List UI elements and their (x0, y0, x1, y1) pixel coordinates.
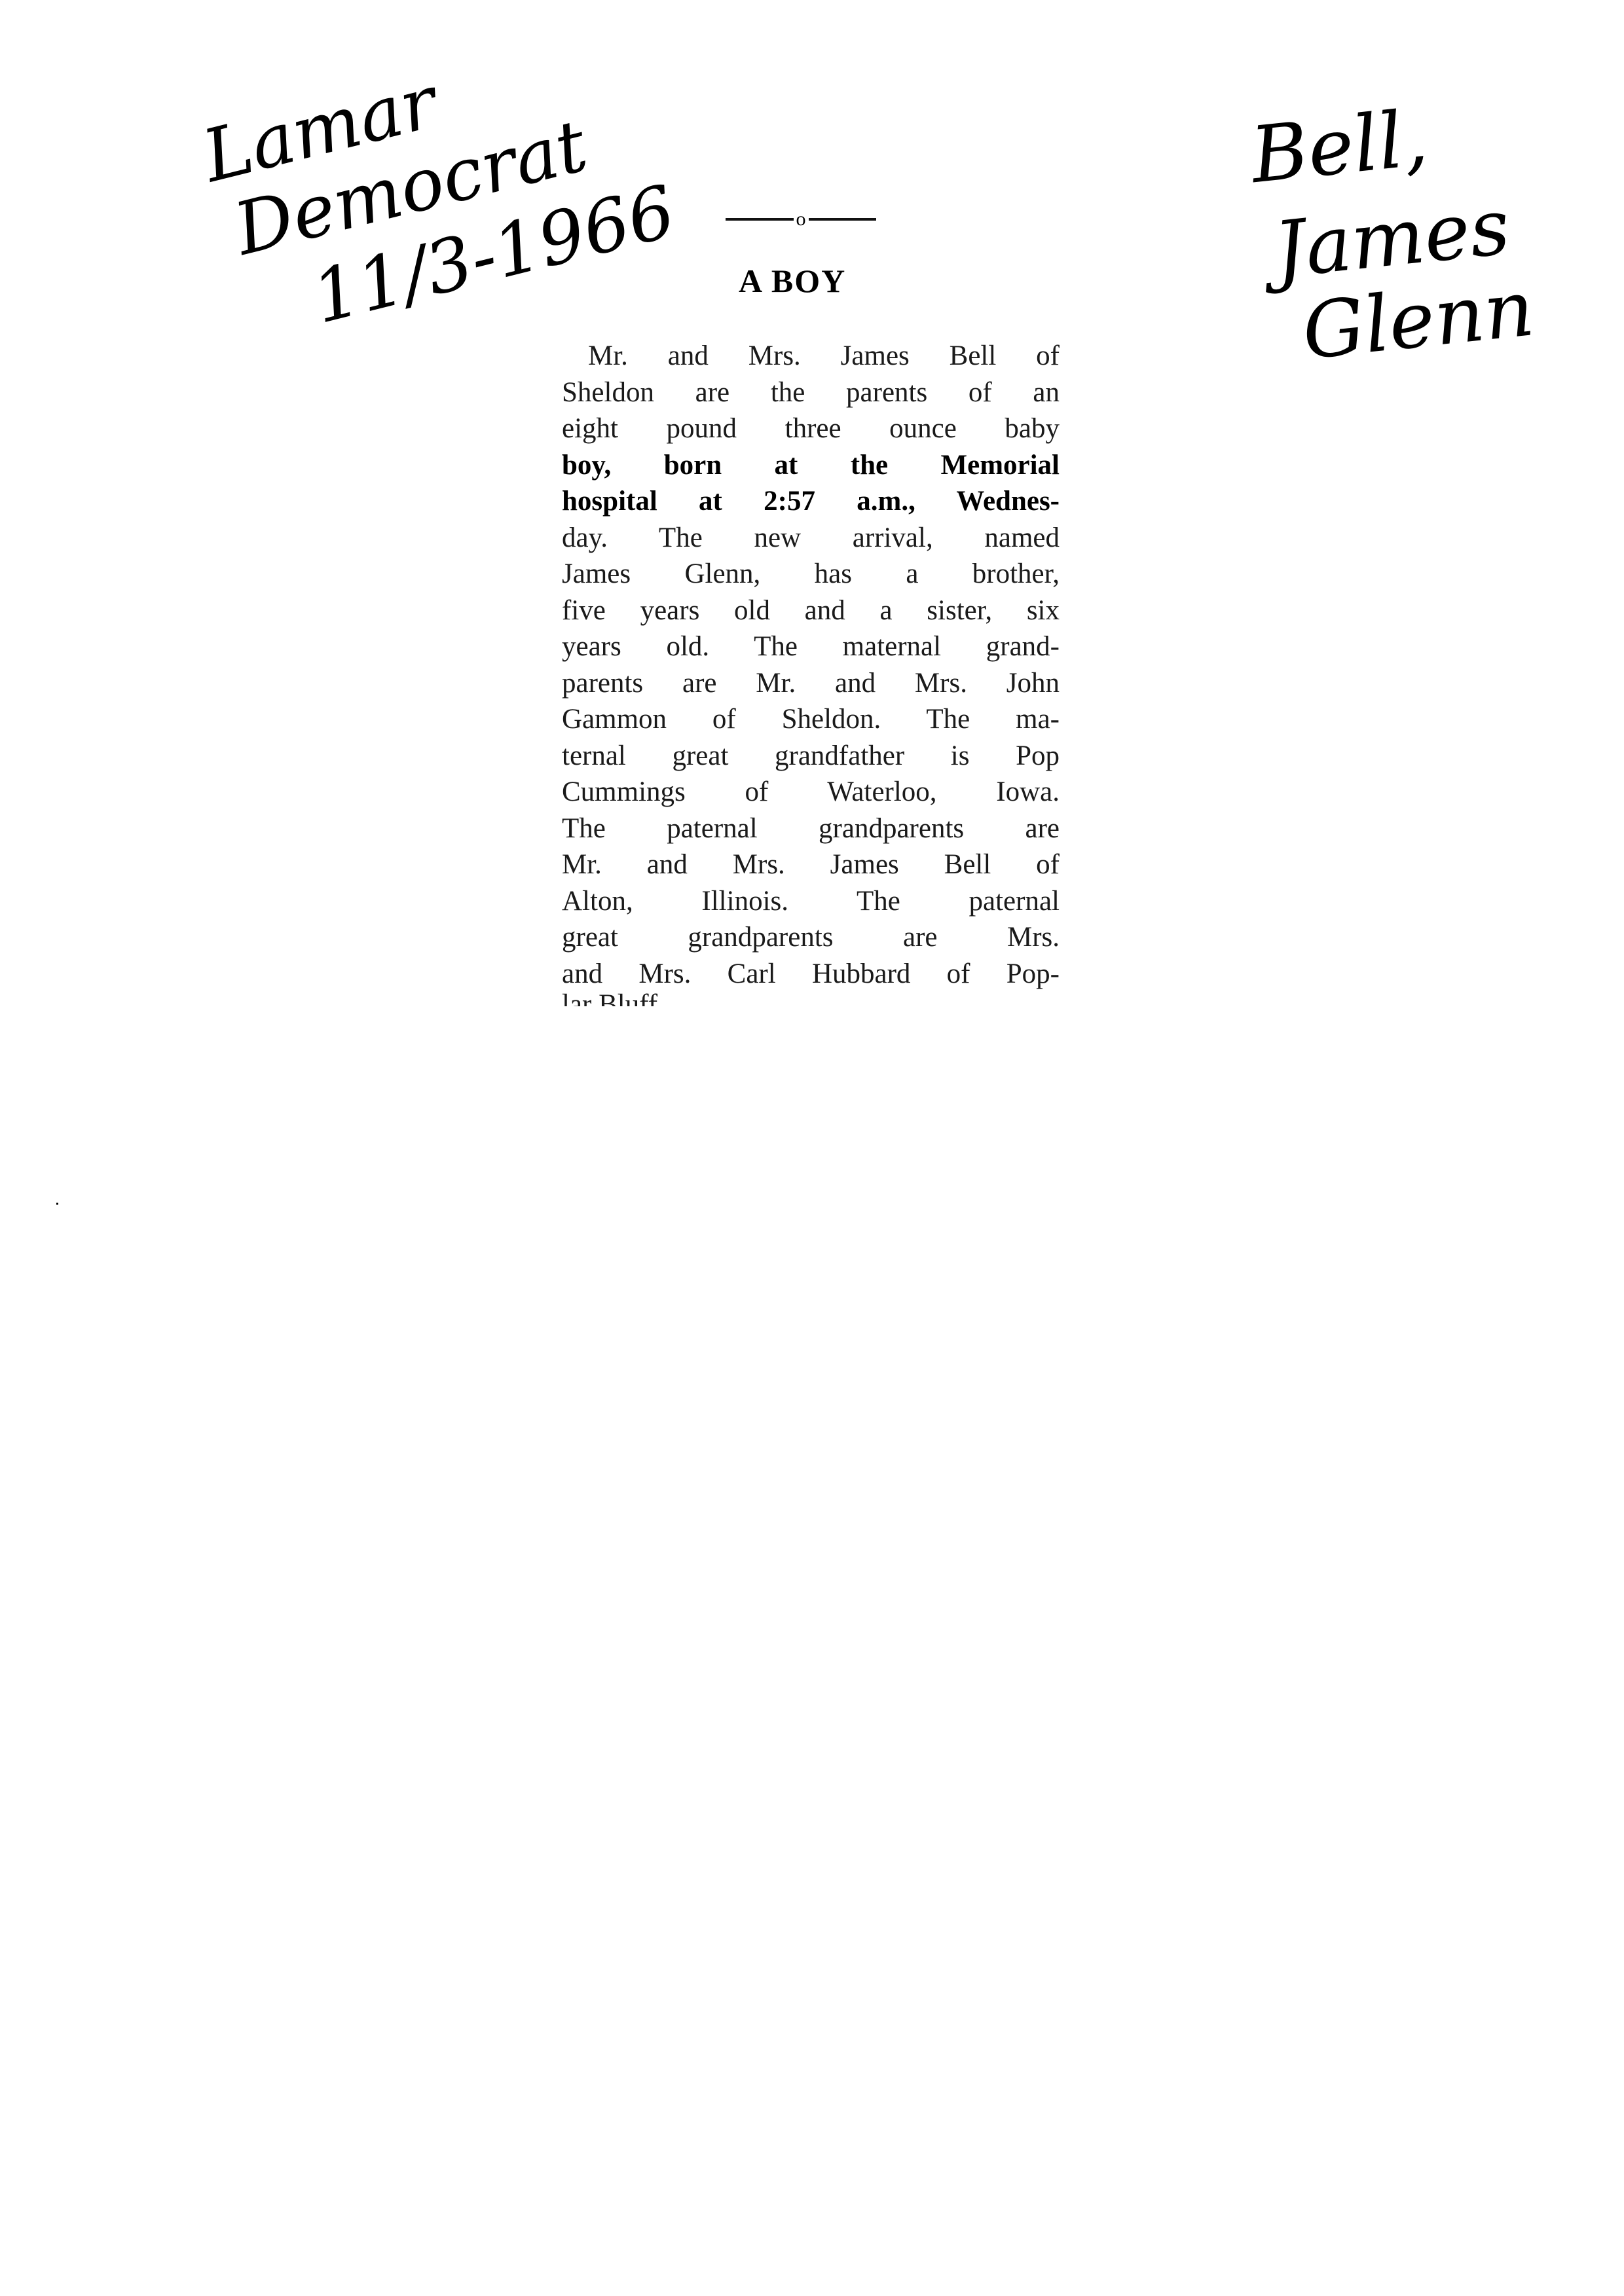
separator-rule-left (726, 218, 794, 221)
article-line: Sheldon are the parents of an (562, 374, 1060, 411)
article-line: five years old and a sister, six (562, 592, 1060, 629)
article-line: Cummings of Waterloo, Iowa. (562, 774, 1060, 811)
article-line: James Glenn, has a brother, (562, 556, 1060, 592)
newspaper-clipping: o A BOY Mr. and Mrs. James Bell of Sheld… (562, 210, 1060, 1006)
article-line: and Mrs. Carl Hubbard of Pop- (562, 956, 1060, 993)
separator-rule-right (809, 218, 877, 221)
article-headline: A BOY (739, 262, 1060, 300)
section-separator: o (726, 210, 876, 229)
article-line: Gammon of Sheldon. The ma- (562, 701, 1060, 738)
article-line: great grandparents are Mrs. (562, 919, 1060, 956)
separator-mark: o (796, 210, 806, 229)
article-line: ternal great grandfather is Pop (562, 738, 1060, 774)
article-line: boy, born at the Memorial (562, 447, 1060, 484)
article-line: Mr. and Mrs. James Bell of (562, 338, 1060, 374)
article-body: Mr. and Mrs. James Bell of Sheldon are t… (562, 338, 1060, 1006)
handwritten-surname: Bell, (1247, 90, 1519, 194)
article-line-cut-off: lar Bluff. (562, 992, 1060, 1006)
article-line-cut-off-text: lar Bluff. (562, 992, 1060, 1006)
handwritten-subject-name: Bell, James Glenn (1241, 90, 1538, 374)
article-line: day. The new arrival, named (562, 520, 1060, 556)
article-line: The paternal grandparents are (562, 811, 1060, 847)
article-line: eight pound three ounce baby (562, 410, 1060, 447)
scan-speck (56, 1203, 58, 1205)
article-line: years old. The maternal grand- (562, 629, 1060, 665)
handwritten-middle-name: Glenn (1299, 269, 1538, 370)
article-line: Mr. and Mrs. James Bell of (562, 847, 1060, 883)
article-line: Alton, Illinois. The paternal (562, 883, 1060, 920)
article-line: parents are Mr. and Mrs. John (562, 665, 1060, 702)
article-line: hospital at 2:57 a.m., Wednes- (562, 483, 1060, 520)
